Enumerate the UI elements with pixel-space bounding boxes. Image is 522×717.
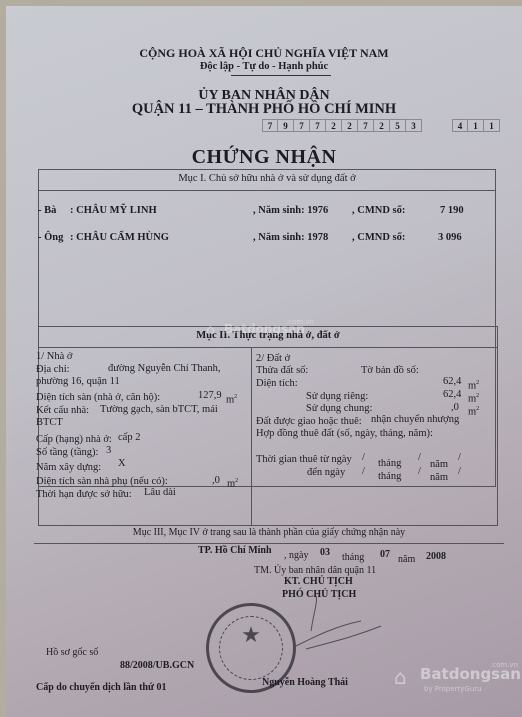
grade-label: Cấp (hạng) nhà ở: [36,434,112,445]
aux-area-label: Diện tích sàn nhà phụ (nếu có): [36,476,168,487]
address-label: Địa chỉ: [36,364,70,375]
on-behalf: TM. Ủy ban nhân dân quận 11 [254,565,376,576]
file-number-label: Hồ sơ gốc số [46,647,98,658]
owner-1-id-label: , CMND số: [352,205,405,216]
lease-from-label: Thời gian thuê từ ngày [256,454,352,465]
allocation-value: nhận chuyển nhượng [371,414,459,425]
built-year-value: X [118,458,126,469]
owner-2-prefix: - Ông [38,232,63,243]
serial-number: 7 9 7 7 2 2 7 2 5 3 4 1 1 [262,119,500,132]
house-logo-icon: ⌂ [206,322,215,338]
owner-2-name: : CHÂU CẨM HÙNG [70,232,169,243]
motto: Độc lập - Tự do - Hạnh phúc [6,61,522,72]
owner-1-id-value: 7 190 [440,205,464,216]
signature [266,591,386,651]
owner-1-birth: , Năm sinh: 1976 [253,205,328,216]
structure-label: Kết cấu nhà: [36,405,89,416]
issue-note: Cấp do chuyển dịch lần thứ 01 [36,682,166,693]
motto-underline [231,75,331,76]
shared-use-unit: m2 [468,406,479,418]
section-2-divider [251,348,252,526]
private-use-unit: m2 [468,393,479,405]
ownership-term-label: Thời hạn được sở hữu: [36,489,132,500]
nation-heading: CỘNG HOÀ XÃ HỘI CHỦ NGHĨA VIỆT NAM [6,46,522,61]
file-number-value: 88/2008/UB.GCN [120,660,194,671]
certificate-page: CỘNG HOÀ XÃ HỘI CHỦ NGHĨA VIỆT NAM Độc l… [6,6,522,717]
owner-2-birth: , Năm sinh: 1978 [253,232,328,243]
structure-value-2: BTCT [36,417,63,428]
floor-area-value: 127,9 [198,390,222,401]
signing-year-label: năm [398,554,415,565]
land-area-label: Diện tích: [256,378,298,389]
floors-value: 3 [106,445,111,456]
land-area-value: 62,4 [443,376,461,387]
built-year-label: Năm xây dựng: [36,462,101,473]
ownership-term-value: Lâu dài [144,487,176,498]
address-value-1: đường Nguyễn Chí Thanh, [108,363,221,374]
lease-to-year-label: năm [430,472,448,483]
lease-from-year-slash: / [458,452,461,463]
signing-city: TP. Hồ Chí Minh [198,545,272,556]
house-title: 1/ Nhà ở [36,351,72,362]
owner-2-id-label: , CMND số: [352,232,405,243]
shared-use-label: Sử dụng chung: [306,403,372,414]
lease-from-month-slash: / [418,452,421,463]
grade-value: cấp 2 [118,432,140,443]
section-1-heading: Mục I. Chủ sở hữu nhà ở và sử dụng đất ở [38,169,496,191]
lease-to-month-slash: / [418,466,421,477]
owner-1-name: : CHÂU MỸ LINH [70,205,157,216]
map-sheet-label: Tờ bản đồ số: [361,365,419,376]
signing-year: 2008 [426,551,446,562]
signer-name: Nguyễn Hoàng Thái [262,677,348,688]
address-value-2: phường 16, quận 11 [36,376,120,387]
parcel-label: Thửa đất số: [256,365,308,376]
document-title: CHỨNG NHẬN [6,146,522,169]
structure-value-1: Tường gạch, sàn bTCT, mái [100,404,218,415]
allocation-label: Đất được giao hoặc thuê: [256,416,362,427]
land-area-unit: m2 [468,380,479,392]
district-heading: QUẬN 11 – THÀNH PHỐ HỒ CHÍ MINH [6,101,522,118]
lease-from-day-slash: / [362,452,365,463]
aux-area-value: ,0 [212,475,220,486]
floor-area-label: Diện tích sàn (nhà ở, căn hộ): [36,392,160,403]
signing-month: 07 [380,549,390,560]
owner-2-id-value: 3 096 [438,232,462,243]
lease-to-year-slash: / [458,466,461,477]
section-3-note: Mục III, Mục IV ở trang sau là thành phầ… [34,524,504,544]
lease-to-day-slash: / [362,466,365,477]
signing-day: 03 [320,547,330,558]
land-title: 2/ Đất ở [256,353,290,364]
private-use-label: Sử dụng riêng: [306,391,368,402]
signing-month-label: tháng [342,552,364,563]
shared-use-value: ,0 [451,402,459,413]
lease-to-label: đến ngày [307,467,345,478]
house-logo-icon: ⌂ [394,665,407,689]
lease-to-month-label: tháng [378,471,401,482]
role-1: KT. CHỦ TỊCH [284,576,353,587]
signing-day-label: , ngày [284,550,308,561]
lease-contract-label: Hợp đồng thuê đất (số, ngày, tháng, năm)… [256,428,433,439]
lease-from-month-label: tháng [378,458,401,469]
lease-from-year-label: năm [430,459,448,470]
private-use-value: 62,4 [443,389,461,400]
floor-area-unit: m2 [226,394,237,406]
floors-label: Số tầng (tầng): [36,447,98,458]
aux-area-unit: m2 [227,478,238,490]
owner-1-prefix: - Bà [38,205,56,216]
